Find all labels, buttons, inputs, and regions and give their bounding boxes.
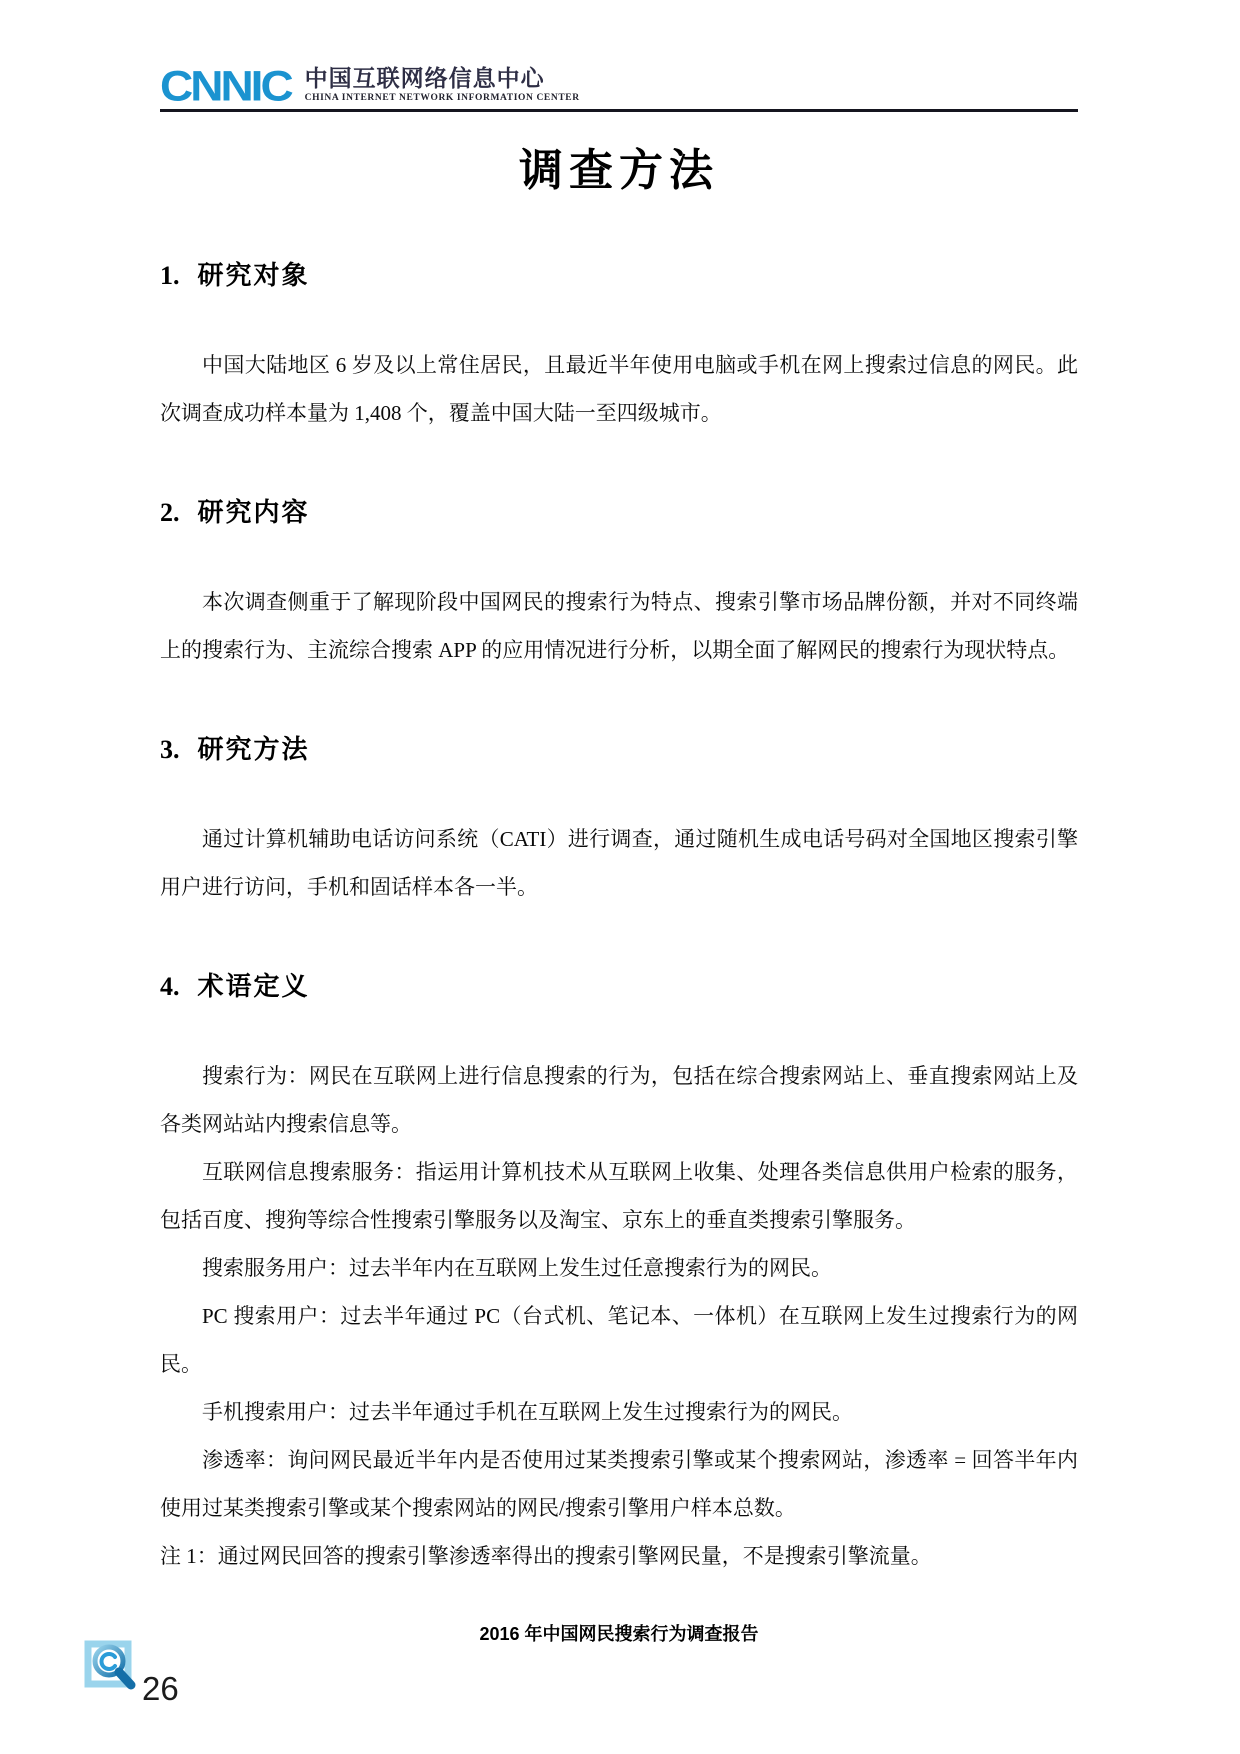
paragraph: 本次调查侧重于了解现阶段中国网民的搜索行为特点、搜索引擎市场品牌份额，并对不同终…: [160, 578, 1078, 674]
term-internet-search-service: 互联网信息搜索服务：指运用计算机技术从互联网上收集、处理各类信息供用户检索的服务…: [160, 1148, 1078, 1244]
term-definitions-list: 搜索行为：网民在互联网上进行信息搜索的行为，包括在综合搜索网站上、垂直搜索网站上…: [160, 1052, 1078, 1580]
page-header: CNNIC 中国互联网络信息中心 CHINA INTERNET NETWORK …: [160, 64, 1078, 112]
section-number: 2.: [160, 496, 180, 530]
term-penetration-rate: 渗透率：询问网民最近半年内是否使用过某类搜索引擎或某个搜索网站，渗透率 = 回答…: [160, 1436, 1078, 1532]
section-heading-label: 研究内容: [198, 495, 310, 529]
term-search-behavior: 搜索行为：网民在互联网上进行信息搜索的行为，包括在综合搜索网站上、垂直搜索网站上…: [160, 1052, 1078, 1148]
section-heading-label: 研究对象: [198, 258, 310, 292]
cnnic-logo-block: CNNIC 中国互联网络信息中心 CHINA INTERNET NETWORK …: [160, 64, 1078, 104]
section-research-content: 2. 研究内容 本次调查侧重于了解现阶段中国网民的搜索行为特点、搜索引擎市场品牌…: [160, 495, 1078, 674]
section-heading-label: 研究方法: [198, 732, 310, 766]
document-page: CNNIC 中国互联网络信息中心 CHINA INTERNET NETWORK …: [0, 0, 1240, 1754]
footer-report-title: 2016 年中国网民搜索行为调查报告: [160, 1620, 1078, 1646]
paragraph: 中国大陆地区 6 岁及以上常住居民，且最近半年使用电脑或手机在网上搜索过信息的网…: [160, 341, 1078, 437]
section-heading-2: 2. 研究内容: [160, 495, 1078, 530]
section-number: 1.: [160, 259, 180, 293]
page-number: 26: [142, 1672, 179, 1705]
section-heading-3: 3. 研究方法: [160, 732, 1078, 767]
term-search-service-user: 搜索服务用户：过去半年内在互联网上发生过任意搜索行为的网民。: [160, 1244, 1078, 1292]
cnnic-logo: CNNIC: [160, 67, 291, 104]
paragraph: 通过计算机辅助电话访问系统（CATI）进行调查，通过随机生成电话号码对全国地区搜…: [160, 815, 1078, 911]
section-number: 4.: [160, 970, 180, 1004]
term-mobile-search-user: 手机搜索用户：过去半年通过手机在互联网上发生过搜索行为的网民。: [160, 1388, 1078, 1436]
term-pc-search-user: PC 搜索用户：过去半年通过 PC（台式机、笔记本、一体机）在互联网上发生过搜索…: [160, 1292, 1078, 1388]
section-heading-1: 1. 研究对象: [160, 258, 1078, 293]
section-research-subjects: 1. 研究对象 中国大陆地区 6 岁及以上常住居民，且最近半年使用电脑或手机在网…: [160, 258, 1078, 437]
section-research-method: 3. 研究方法 通过计算机辅助电话访问系统（CATI）进行调查，通过随机生成电话…: [160, 732, 1078, 911]
section-term-definitions: 4. 术语定义 搜索行为：网民在互联网上进行信息搜索的行为，包括在综合搜索网站上…: [160, 969, 1078, 1580]
magnifier-logo-icon: [84, 1640, 146, 1703]
page-number-badge: 26: [84, 1640, 179, 1703]
org-name-english: CHINA INTERNET NETWORK INFORMATION CENTE…: [305, 93, 580, 103]
page-title: 调查方法: [160, 142, 1078, 200]
org-names: 中国互联网络信息中心 CHINA INTERNET NETWORK INFORM…: [305, 65, 580, 104]
section-number: 3.: [160, 733, 180, 767]
org-name-chinese: 中国互联网络信息中心: [305, 65, 580, 91]
section-heading-label: 术语定义: [198, 969, 310, 1003]
section-heading-4: 4. 术语定义: [160, 969, 1078, 1004]
note-1: 注 1：通过网民回答的搜索引擎渗透率得出的搜索引擎网民量，不是搜索引擎流量。: [160, 1532, 1078, 1580]
